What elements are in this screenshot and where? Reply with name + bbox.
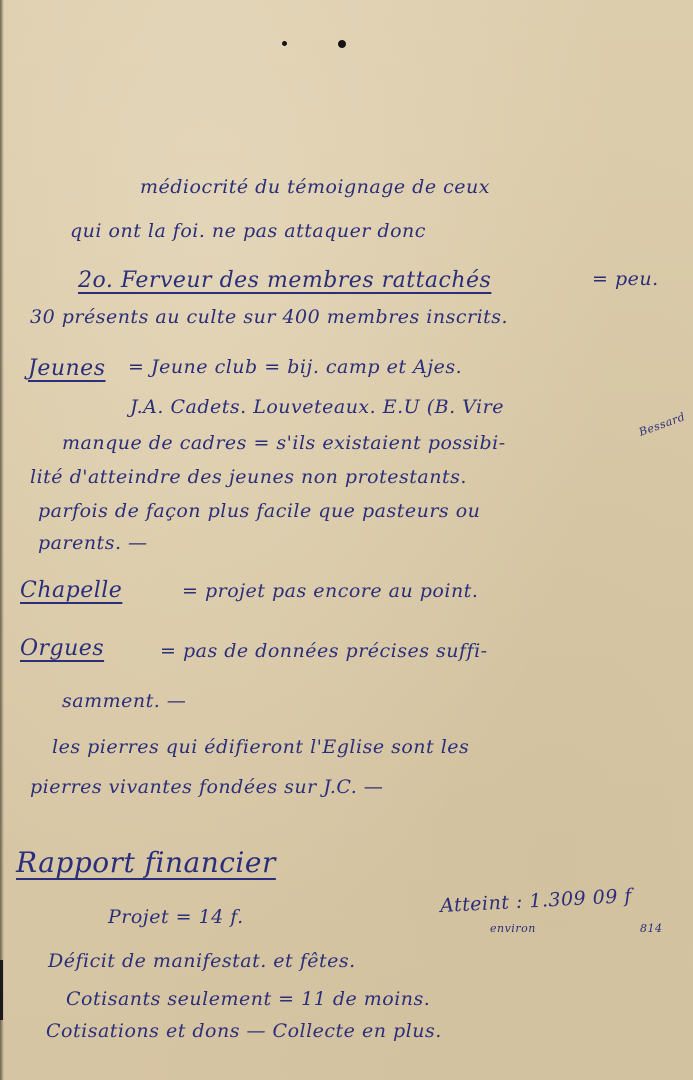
note-line: Cotisants seulement = 11 de moins. (66, 988, 430, 1010)
note-line: samment. — (62, 690, 186, 712)
punch-hole-right (338, 40, 346, 48)
note-line: Projet = 14 f. (108, 906, 244, 928)
note-annotation: Bessard (637, 410, 687, 439)
page-edge-shadow (0, 960, 3, 1020)
handwritten-page: médiocrité du témoignage de ceux qui ont… (0, 0, 693, 1080)
note-line: les pierres qui édifieront l'Eglise sont… (52, 736, 469, 758)
note-line: J.A. Cadets. Louveteaux. E.U (B. Vire (130, 396, 504, 418)
punch-hole-left (282, 41, 287, 46)
note-annotation: environ (490, 922, 536, 935)
note-line: manque de cadres = s'ils existaient poss… (62, 432, 506, 454)
section-heading-chapelle: Chapelle (20, 578, 122, 603)
note-line: = peu. (592, 268, 659, 290)
note-line: Déficit de manifestat. et fêtes. (48, 950, 356, 972)
note-line: pierres vivantes fondées sur J.C. — (30, 776, 383, 798)
note-line: = projet pas encore au point. (182, 580, 478, 602)
note-line: Cotisations et dons — Collecte en plus. (46, 1020, 442, 1042)
note-line: 30 présents au culte sur 400 membres ins… (30, 306, 508, 328)
section-heading-orgues: Orgues (20, 636, 104, 661)
note-line: qui ont la foi. ne pas attaquer donc (70, 220, 426, 242)
note-line: lité d'atteindre des jeunes non protesta… (30, 466, 467, 488)
note-line: parents. — (38, 532, 148, 554)
note-line: médiocrité du témoignage de ceux (140, 176, 490, 198)
note-line: Atteint : 1.309 09 f (440, 885, 633, 917)
section-heading-jeunes: Jeunes (28, 356, 106, 381)
note-line: = pas de données précises suffi- (160, 640, 488, 662)
page-left-edge (0, 0, 4, 1080)
note-line: parfois de façon plus facile que pasteur… (38, 500, 480, 522)
section-heading-ferveur: 2o. Ferveur des membres rattachés (78, 268, 491, 293)
section-heading-rapport-financier: Rapport financier (16, 846, 276, 879)
note-line: = Jeune club = bij. camp et Ajes. (128, 356, 462, 378)
note-annotation: 814 (640, 922, 663, 935)
